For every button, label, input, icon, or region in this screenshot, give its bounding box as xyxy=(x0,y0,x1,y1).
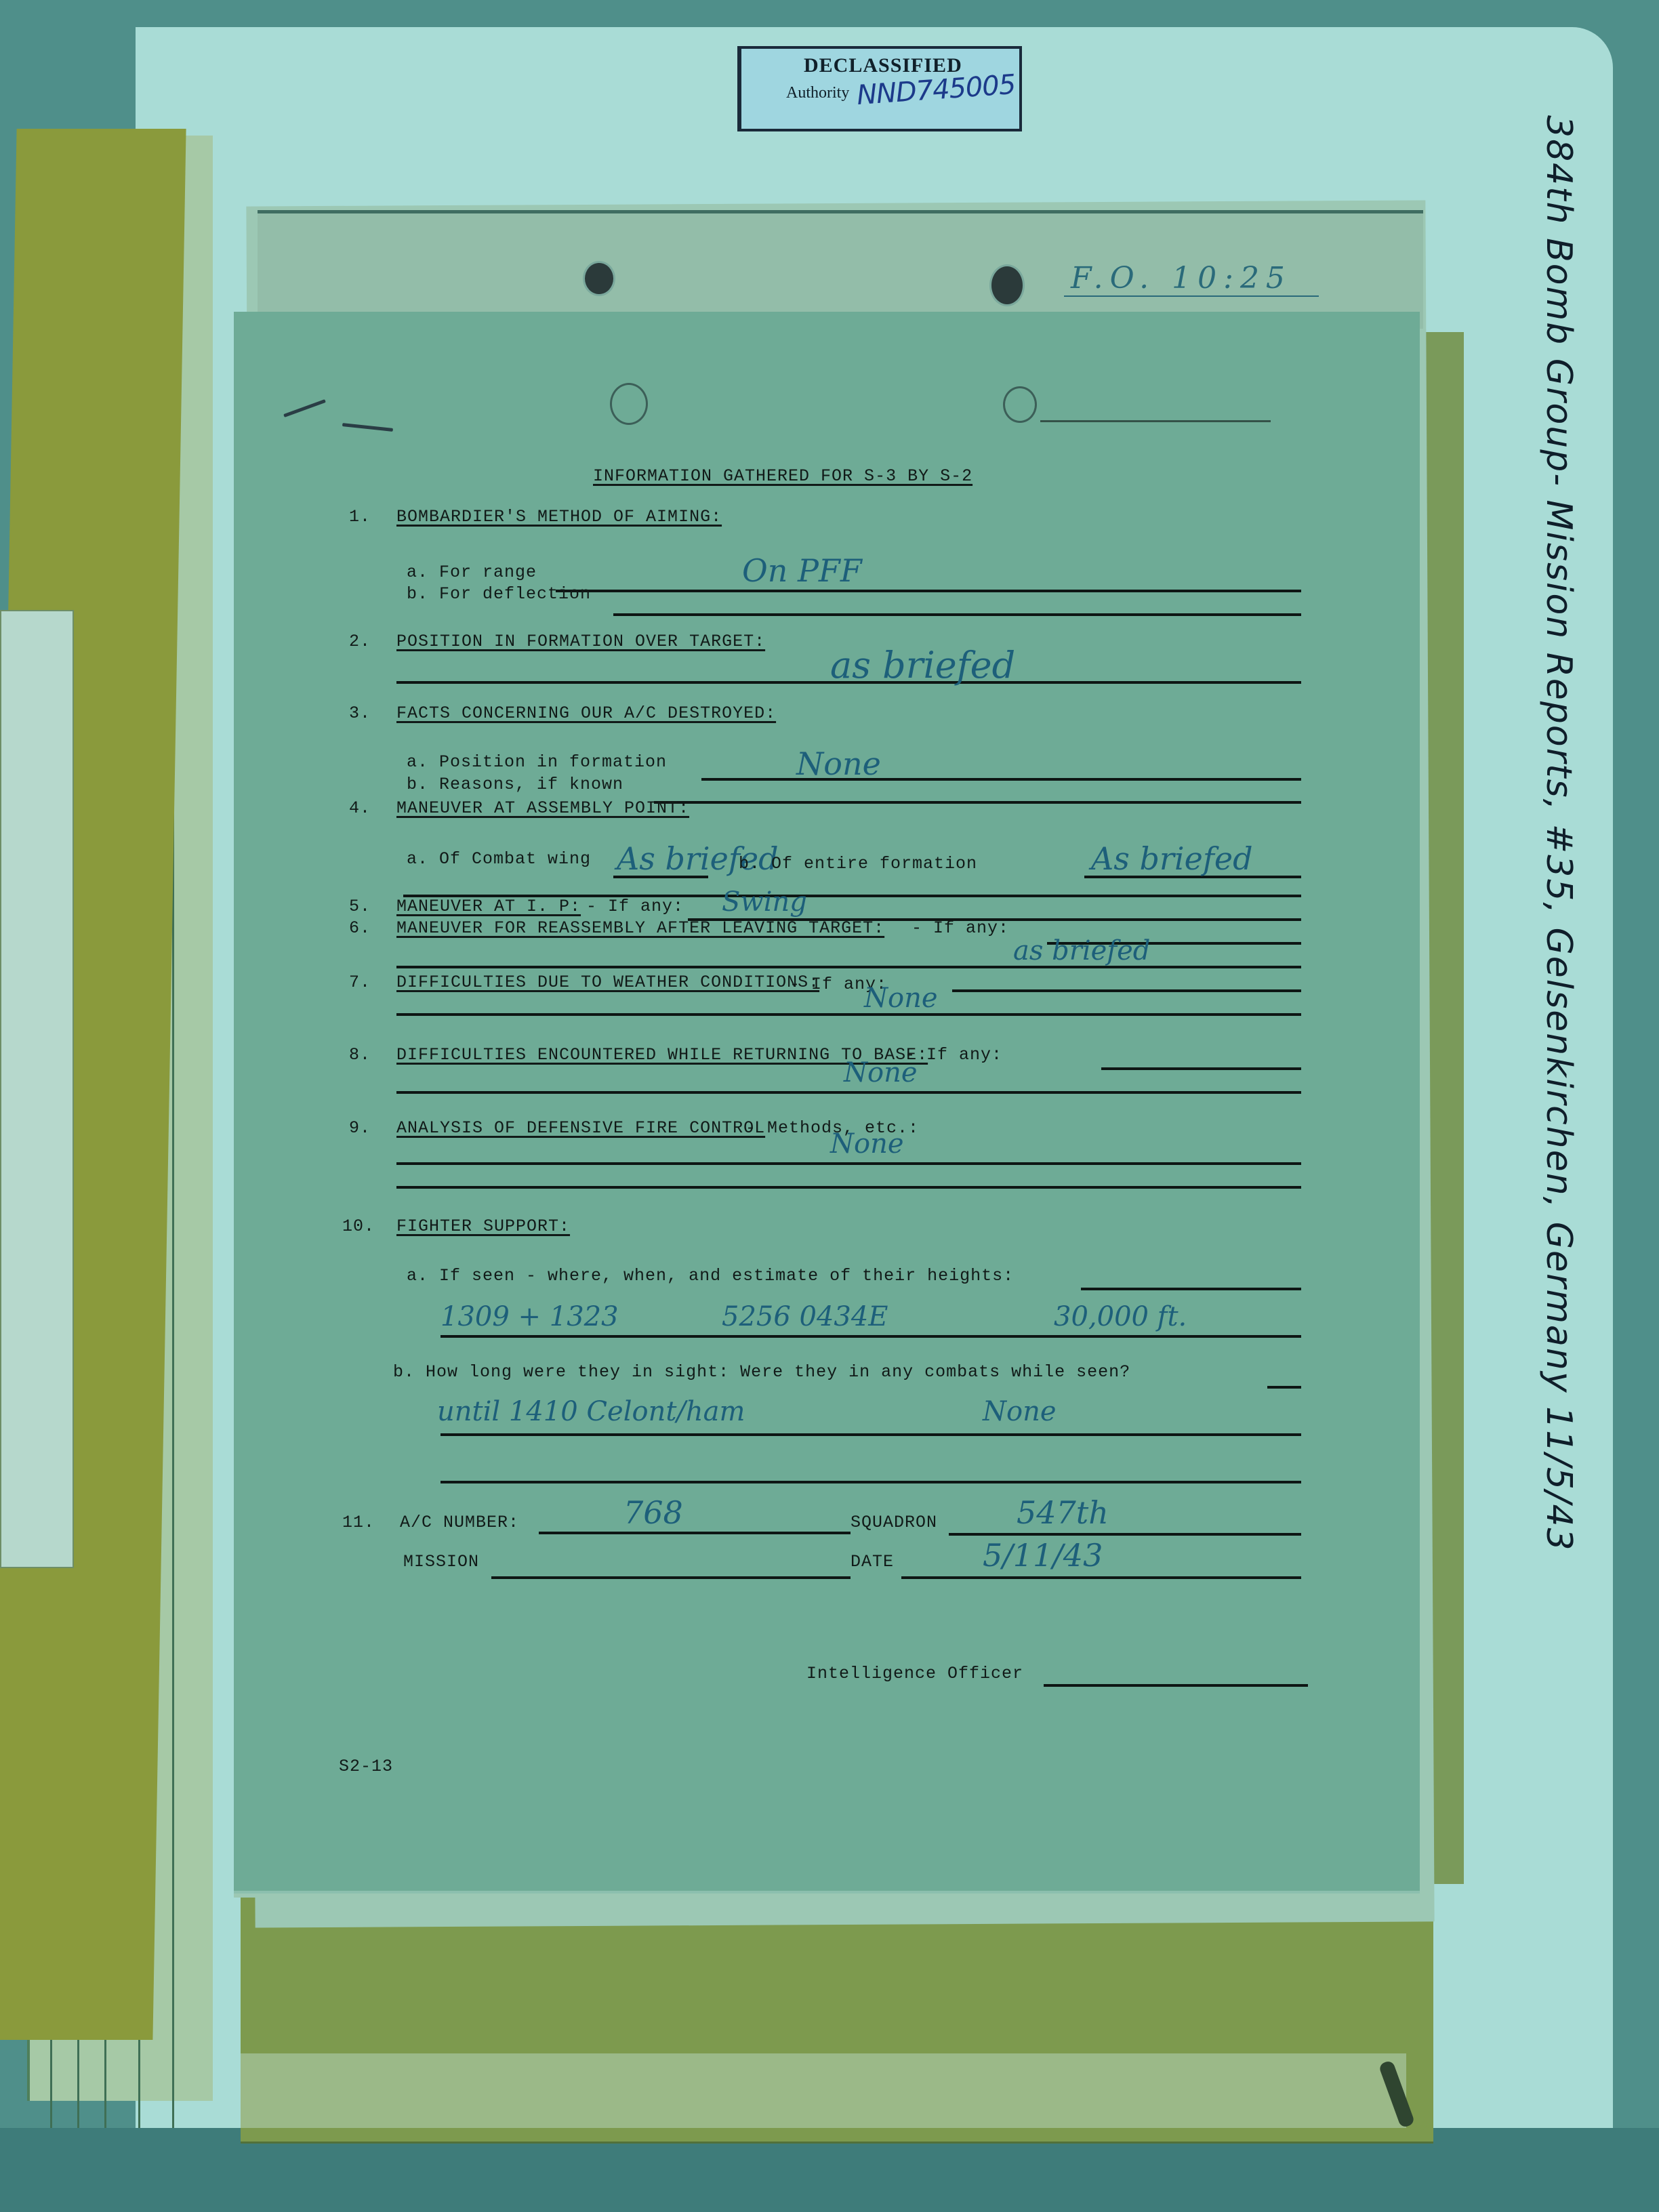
declassified-stamp: DECLASSIFIED Authority NND745005 xyxy=(737,46,1022,131)
squadron-label: SQUADRON xyxy=(851,1513,937,1532)
answer-position-destroyed[interactable]: None xyxy=(796,745,881,782)
item-number: 11. xyxy=(342,1513,375,1532)
answer-line xyxy=(1101,1067,1301,1070)
item-heading: MANEUVER AT ASSEMBLY POINT: xyxy=(396,798,689,818)
date-label: DATE xyxy=(851,1552,894,1572)
answer-fighter-height[interactable]: 30,000 ft. xyxy=(1054,1301,1187,1332)
ac-number-value[interactable]: 768 xyxy=(623,1494,683,1531)
subitem-label: b. For deflection xyxy=(407,584,591,604)
item-heading: ANALYSIS OF DEFENSIVE FIRE CONTROL xyxy=(396,1118,765,1138)
answer-line xyxy=(441,1481,1301,1483)
date-value[interactable]: 5/11/43 xyxy=(983,1537,1103,1574)
answer-line xyxy=(396,1091,1301,1094)
item-heading: MANEUVER AT I. P: xyxy=(396,897,581,916)
punch-hole-icon xyxy=(1003,386,1037,423)
item-number: 3. xyxy=(349,703,371,723)
answer-reassembly[interactable]: as briefed xyxy=(1013,935,1150,966)
item-number: 10. xyxy=(342,1216,375,1236)
answer-line xyxy=(441,1433,1301,1436)
answer-entire-formation[interactable]: As briefed xyxy=(1091,840,1253,877)
mission-label: MISSION xyxy=(403,1552,479,1572)
answer-line xyxy=(441,1335,1301,1338)
answer-fighter-location[interactable]: 5256 0434E xyxy=(722,1301,888,1332)
item-heading: POSITION IN FORMATION OVER TARGET: xyxy=(396,632,765,651)
subitem-label: a. Position in formation xyxy=(407,752,667,772)
top-rule xyxy=(1040,420,1271,422)
item-suffix: - If any: xyxy=(912,918,1009,938)
answer-weather[interactable]: None xyxy=(864,983,938,1014)
subitem-label: b. Of entire formation xyxy=(739,854,977,874)
item-suffix: - If any: xyxy=(905,1045,1002,1065)
form-number: S2-13 xyxy=(339,1757,393,1776)
item-heading: FIGHTER SUPPORT: xyxy=(396,1216,570,1236)
punch-hole-icon xyxy=(989,264,1025,306)
answer-formation-position[interactable]: as briefed xyxy=(830,644,1015,687)
answer-line xyxy=(556,590,1301,592)
subitem-label: b. Reasons, if known xyxy=(407,775,623,794)
item-number: 6. xyxy=(349,918,371,938)
answer-line xyxy=(654,801,1301,804)
answer-line xyxy=(396,966,1301,968)
subitem-label: a. Of Combat wing xyxy=(407,849,591,869)
answer-range[interactable]: On PFF xyxy=(742,552,862,589)
answer-line xyxy=(613,613,1301,616)
mission-report-form: INFORMATION GATHERED FOR S-3 BY S-2 1. B… xyxy=(234,312,1420,1891)
item-number: 1. xyxy=(349,507,371,527)
item-heading: MANEUVER FOR REASSEMBLY AFTER LEAVING TA… xyxy=(396,918,884,938)
item-suffix: - If any: xyxy=(586,897,684,916)
answer-fighter-time[interactable]: 1309 + 1323 xyxy=(441,1301,619,1332)
answer-line xyxy=(1081,1288,1301,1290)
item-heading: DIFFICULTIES DUE TO WEATHER CONDITIONS: xyxy=(396,972,819,992)
answer-return-base[interactable]: None xyxy=(844,1057,918,1088)
signature-label: Intelligence Officer xyxy=(806,1664,1023,1683)
staple-icon xyxy=(283,399,326,417)
item-number: 9. xyxy=(349,1118,371,1138)
punch-hole-icon xyxy=(610,383,648,425)
left-folder-window xyxy=(0,610,74,1568)
form-title: INFORMATION GATHERED FOR S-3 BY S-2 xyxy=(593,466,972,486)
staple-icon xyxy=(342,423,393,432)
subitem-label: b. How long were they in sight: Were the… xyxy=(393,1362,1130,1382)
folder-spine-label: 384th Bomb Group- Mission Reports, #35, … xyxy=(1538,115,1579,1552)
answer-line xyxy=(396,1013,1301,1016)
subitem-label: a. For range xyxy=(407,562,537,582)
item-number: 8. xyxy=(349,1045,371,1065)
answer-defensive-fire[interactable]: None xyxy=(830,1128,904,1160)
item-heading: FACTS CONCERNING OUR A/C DESTROYED: xyxy=(396,703,776,723)
punch-hole-icon xyxy=(583,261,615,296)
signature-line[interactable] xyxy=(1044,1684,1308,1687)
item-number: 4. xyxy=(349,798,371,818)
answer-line xyxy=(539,1532,851,1534)
fo-handwritten-note: F.O. 10:25 xyxy=(1064,261,1319,297)
tan-folder-strip xyxy=(241,2053,1406,2128)
item-number: 7. xyxy=(349,972,371,992)
answer-line xyxy=(491,1576,851,1579)
answer-combats[interactable]: None xyxy=(983,1396,1057,1427)
item-heading: BOMBARDIER'S METHOD OF AIMING: xyxy=(396,507,722,527)
subitem-label: a. If seen - where, when, and estimate o… xyxy=(407,1266,1014,1286)
squadron-value[interactable]: 547th xyxy=(1017,1494,1109,1531)
answer-time-in-sight[interactable]: until 1410 Celont/ham xyxy=(437,1396,745,1427)
answer-line xyxy=(901,1576,1301,1579)
answer-line xyxy=(952,989,1301,992)
item-number: 5. xyxy=(349,897,371,916)
answer-line xyxy=(396,1162,1301,1165)
stamp-authority-label: Authority xyxy=(786,84,849,102)
answer-line xyxy=(949,1533,1301,1536)
answer-line xyxy=(1267,1386,1301,1389)
ac-number-label: A/C NUMBER: xyxy=(400,1513,519,1532)
answer-line xyxy=(396,1186,1301,1189)
item-number: 2. xyxy=(349,632,371,651)
answer-maneuver-ip[interactable]: Swing xyxy=(722,886,807,918)
answer-line xyxy=(701,778,1301,781)
